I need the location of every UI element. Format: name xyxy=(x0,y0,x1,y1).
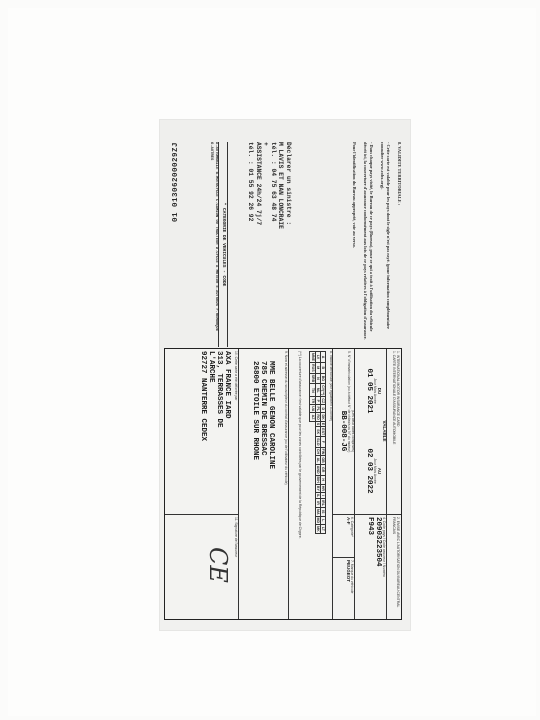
issuer-place: L'ARCHE xyxy=(207,351,215,501)
country-code-cell: UA xyxy=(310,405,315,413)
country-code-cell: DK xyxy=(320,413,325,421)
insurance-green-card: 01 01306200029ZJ 8. VALIDITE TERRITORIAL… xyxy=(160,120,410,630)
country-code-cell: IRL xyxy=(320,499,325,508)
valid-to-date: 02 03 2022 xyxy=(365,448,373,493)
policy-number: 20903223504 xyxy=(374,517,382,615)
country-code-cell: SRB xyxy=(310,373,315,384)
assistance-phone: tél. : 01 55 92 26 92 xyxy=(247,142,255,342)
country-code-cell: H xyxy=(320,475,325,484)
country-code-cell: FIN xyxy=(320,447,325,456)
country-code-cell: AND xyxy=(315,464,320,475)
vehicle-category: A-F xyxy=(346,517,351,557)
to-date-header: Jour Mois Année xyxy=(373,448,377,493)
validity-label: VALABLE xyxy=(382,351,387,511)
country-code-cell: SK xyxy=(315,427,320,437)
card-header: 1. INTERNATIONAL MOTOR INSURANCE CARD 1.… xyxy=(386,349,401,619)
issuer-city: 92727 NANTERRE CEDEX xyxy=(199,351,207,501)
country-code-cell: LV xyxy=(315,352,320,363)
country-code-cell: CY(**) xyxy=(320,384,325,397)
cyprus-footnote: (**) La couverture d'assurance n'est val… xyxy=(298,351,302,617)
country-code-cell: IS xyxy=(320,507,325,516)
country-code-cell: CZ xyxy=(320,397,325,405)
issuer-street: 313, TERRASSES DE xyxy=(215,351,223,501)
country-code-cell: RUS xyxy=(310,363,315,374)
from-label: DU xyxy=(377,368,382,413)
territory-row: 8. Validité territoriale (voir également… xyxy=(288,349,333,619)
country-code-cell: BY xyxy=(315,484,320,492)
claims-phone: tél. : 04 75 63 48 74 xyxy=(270,142,278,342)
country-code-cell: MA xyxy=(315,507,320,516)
country-code-cell: GR xyxy=(320,464,325,475)
claims-line: M LAVIS ET NAN LONCRAIE xyxy=(277,142,285,342)
country-code-cell: TN xyxy=(310,384,315,397)
country-code-cell: LT xyxy=(320,525,325,534)
registration-label: 5. N° d'immatriculation (ou à défaut N° … xyxy=(347,351,351,511)
country-code-cell: PL xyxy=(315,405,320,413)
card-form: 1. INTERNATIONAL MOTOR INSURANCE CARD 1.… xyxy=(164,348,402,620)
country-code-cell: P xyxy=(315,397,320,405)
country-code-cell: EST xyxy=(320,427,325,437)
country-code-cell: CH xyxy=(315,447,320,456)
header-title-fr: 1. CARTE INTERNATIONALE D'ASSURANCE AUTO… xyxy=(392,351,396,511)
categories-title: * CATEGORIE DE VEHICULES - CODE xyxy=(219,142,228,347)
issuer-row: 10. Cette carte a été délivrée par AXA F… xyxy=(165,349,239,619)
registration-number: BB-008-JG xyxy=(339,351,347,511)
insurer-signature: CE xyxy=(216,547,221,583)
country-code-cell: D xyxy=(320,405,325,413)
country-code-cell: RO xyxy=(315,413,320,421)
from-date-header: Jour Mois Année xyxy=(373,368,377,413)
holder-name: MME BELLE GENON CAROLINE xyxy=(267,361,275,469)
issued-by-label: 10. Cette carte a été délivrée par xyxy=(234,351,238,501)
insurer-code: F943 xyxy=(366,517,374,615)
header-title-en: 1. INTERNATIONAL MOTOR INSURANCE CARD xyxy=(396,351,400,511)
territorial-title: 8. VALIDITE TERRITORIALE : xyxy=(396,142,402,342)
issuer-name: AXA FRANCE IARD xyxy=(223,351,231,501)
holder-label: 9. Nom et adresse du souscripteur du con… xyxy=(284,351,288,485)
signature-label: 11. Signature de l'assureur xyxy=(234,517,238,615)
country-code-cell: F xyxy=(320,437,325,447)
country-code-cell: AL xyxy=(315,456,320,464)
valid-from-date: 01 05 2021 xyxy=(365,368,373,413)
country-code-cell: AZ xyxy=(310,413,315,421)
country-code-cell: SLO xyxy=(315,437,320,447)
territorial-info: 8. VALIDITE TERRITORIALE : - Cette carte… xyxy=(346,142,402,342)
info-paragraph: - Cette carte est valable pour les pays … xyxy=(379,142,391,342)
country-code-cell: B xyxy=(320,363,325,374)
holder-city: 26800 ETOILE SUR RHONE xyxy=(251,361,259,469)
country-code-cell: NL xyxy=(315,384,320,397)
country-code-cell: A xyxy=(320,352,325,363)
country-code-cell: BG xyxy=(320,373,325,384)
country-code-cell: N xyxy=(315,373,320,384)
validity-row: VALABLE DU Jour Mois Année 01 05 2021 AU… xyxy=(354,349,387,619)
claims-line: Déclarer un sinistre : xyxy=(285,142,293,342)
claims-line: + xyxy=(262,142,270,342)
country-code-label: 4. Code pays / Code assureur / Numéro xyxy=(382,517,386,615)
country-code-cell: BIH xyxy=(315,475,320,484)
country-code-cell: TR xyxy=(310,397,315,405)
country-code-cell: MD xyxy=(315,516,320,525)
holder-row: 9. Nom et adresse du souscripteur du con… xyxy=(238,349,289,619)
country-codes-table: ABBGCY(**)CZDDKEESTFFINGBGRHHRIIRLISLLT … xyxy=(309,351,326,534)
country-code-cell: MNE xyxy=(310,352,315,363)
claims-contact-block: Déclarer un sinistre :M LAVIS ET NAN LON… xyxy=(247,142,292,342)
country-code-cell: MK xyxy=(315,525,320,534)
country-code-cell: L xyxy=(320,516,325,525)
to-label: AU xyxy=(377,448,382,493)
territory-label: 8. Validité territoriale (voir également… xyxy=(329,351,333,421)
categories-text: A.AUTOMOBILE B.MOTOCYCLE C.CAMION OU TRA… xyxy=(208,142,219,347)
vehicle-categories: * CATEGORIE DE VEHICULES - CODE A.AUTOMO… xyxy=(208,142,229,347)
holder-street: 785 CHEMIN DE BRESSAC xyxy=(259,361,267,469)
country-code-cell: HR xyxy=(320,484,325,492)
date-note: (Les deux dates comprises) xyxy=(351,351,355,511)
info-paragraph: Pour l'identification du Bureau appropri… xyxy=(351,142,357,342)
info-paragraph: - Dans chaque pays visité, le Bureau de … xyxy=(362,142,374,342)
info-panel: 01 01306200029ZJ 8. VALIDITE TERRITORIAL… xyxy=(160,120,410,350)
registration-row: (Les deux dates comprises) 5. N° d'immat… xyxy=(332,349,355,619)
country-code-cell: M xyxy=(315,363,320,374)
header-bureau: 2. EMISE AVEC L'AUTORISATION DU BUREAU C… xyxy=(392,517,400,615)
country-code-cell: GB xyxy=(320,456,325,464)
assistance-line: ASSISTANCE 24h/24 7j/7 xyxy=(255,142,263,342)
barcode-text: 01 01306200029ZJ xyxy=(172,142,180,222)
country-code-cell: IR xyxy=(315,499,320,508)
